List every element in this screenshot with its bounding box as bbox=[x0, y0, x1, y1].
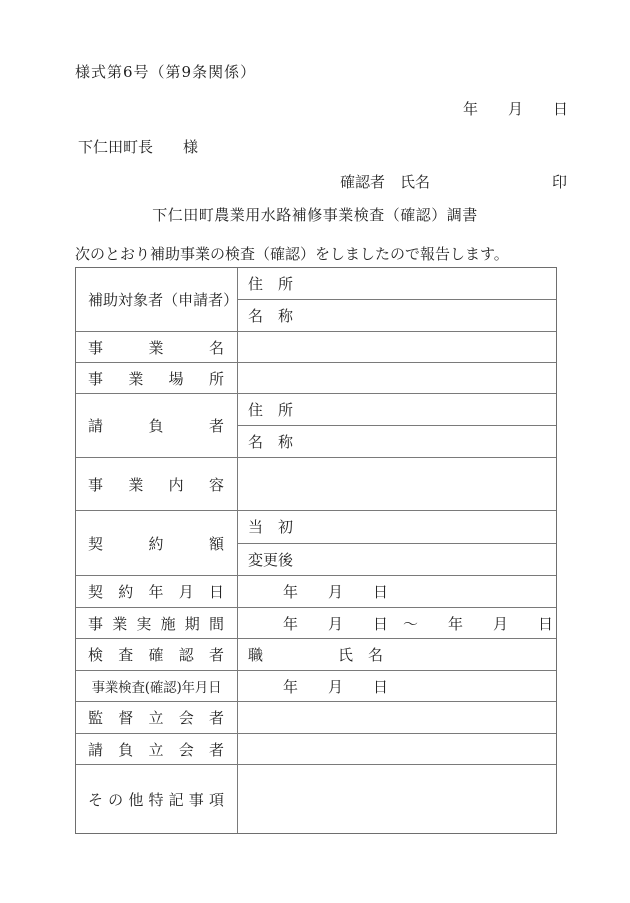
row-label-cell: 請負立会者 bbox=[76, 734, 238, 764]
value-area bbox=[238, 332, 556, 362]
value-period-blanks: 年 月 日 ～ 年 月 日 bbox=[238, 608, 556, 638]
row-contractor-witness: 請負立会者 bbox=[76, 734, 556, 765]
value-cell-empty bbox=[238, 734, 556, 764]
sub-label-name: 名 称 bbox=[238, 300, 556, 331]
row-label-cell: 事業実施期間 bbox=[76, 608, 238, 638]
value-date-blanks: 年 月 日 bbox=[238, 576, 556, 607]
row-subsidy-recipient: 補助対象者（申請者） 住 所 名 称 bbox=[76, 268, 556, 332]
value-area: 職 氏 名 bbox=[238, 639, 556, 670]
value-cell-empty bbox=[238, 765, 556, 833]
row-label: 事業場所 bbox=[88, 368, 224, 389]
value-area: 年 月 日 ～ 年 月 日 bbox=[238, 608, 556, 638]
row-label: 請負立会者 bbox=[88, 739, 224, 760]
row-label: 事業名 bbox=[88, 337, 224, 358]
row-label-cell: 請負者 bbox=[76, 394, 238, 457]
date-line: 年 月 日 bbox=[463, 101, 568, 118]
row-label: その他特記事項 bbox=[88, 789, 224, 810]
confirmer-name-line: 確認者 氏名 bbox=[340, 174, 430, 191]
value-area: 当 初 変更後 bbox=[238, 511, 556, 575]
row-label-cell: その他特記事項 bbox=[76, 765, 238, 833]
row-label-cell: 検査確認者 bbox=[76, 639, 238, 670]
value-area: 年 月 日 bbox=[238, 671, 556, 701]
sub-label-initial: 当 初 bbox=[238, 511, 556, 544]
value-area: 年 月 日 bbox=[238, 576, 556, 607]
row-label: 契約年月日 bbox=[88, 581, 224, 602]
value-cell-empty bbox=[238, 702, 556, 733]
row-label: 事業内容 bbox=[88, 474, 224, 495]
row-label-cell: 契約年月日 bbox=[76, 576, 238, 607]
row-inspection-date: 事業検査(確認)年月日 年 月 日 bbox=[76, 671, 556, 702]
row-label-cell: 監督立会者 bbox=[76, 702, 238, 733]
seal-mark: 印 bbox=[552, 174, 567, 191]
row-label: 監督立会者 bbox=[88, 707, 224, 728]
inspection-report-table: 補助対象者（申請者） 住 所 名 称 事業名 事業場所 bbox=[75, 267, 557, 834]
row-project-name: 事業名 bbox=[76, 332, 556, 363]
row-label-cell: 事業名 bbox=[76, 332, 238, 362]
value-area: 住 所 名 称 bbox=[238, 394, 556, 457]
row-label: 補助対象者（申請者） bbox=[88, 289, 238, 310]
value-area bbox=[238, 702, 556, 733]
sub-label-after-change: 変更後 bbox=[238, 544, 556, 576]
value-cell-empty bbox=[238, 458, 556, 510]
value-date-blanks: 年 月 日 bbox=[238, 671, 556, 701]
row-label: 請負者 bbox=[88, 415, 224, 436]
row-label: 検査確認者 bbox=[88, 644, 224, 665]
value-area: 住 所 名 称 bbox=[238, 268, 556, 331]
row-label: 事業検査(確認)年月日 bbox=[80, 676, 233, 696]
row-label: 契約額 bbox=[88, 533, 224, 554]
row-label-cell: 契約額 bbox=[76, 511, 238, 575]
addressee-line: 下仁田町長 様 bbox=[78, 139, 198, 156]
row-label-cell: 事業内容 bbox=[76, 458, 238, 510]
row-project-location: 事業場所 bbox=[76, 363, 556, 394]
value-cell-empty bbox=[238, 332, 556, 362]
value-title-name-blanks: 職 氏 名 bbox=[238, 639, 556, 670]
row-implementation-period: 事業実施期間 年 月 日 ～ 年 月 日 bbox=[76, 608, 556, 639]
row-inspector: 検査確認者 職 氏 名 bbox=[76, 639, 556, 671]
row-contractor: 請負者 住 所 名 称 bbox=[76, 394, 556, 458]
document-title: 下仁田町農業用水路補修事業検査（確認）調書 bbox=[0, 207, 630, 224]
row-label: 事業実施期間 bbox=[88, 613, 224, 634]
sub-label-address: 住 所 bbox=[238, 394, 556, 426]
row-label-cell: 補助対象者（申請者） bbox=[76, 268, 238, 331]
sub-label-name: 名 称 bbox=[238, 426, 556, 457]
value-area bbox=[238, 765, 556, 833]
value-area bbox=[238, 734, 556, 764]
row-label-cell: 事業検査(確認)年月日 bbox=[76, 671, 238, 701]
row-contract-amount: 契約額 当 初 変更後 bbox=[76, 511, 556, 576]
row-supervisor-witness: 監督立会者 bbox=[76, 702, 556, 734]
value-area bbox=[238, 363, 556, 393]
row-label-cell: 事業場所 bbox=[76, 363, 238, 393]
sub-label-address: 住 所 bbox=[238, 268, 556, 300]
row-project-description: 事業内容 bbox=[76, 458, 556, 511]
value-area bbox=[238, 458, 556, 510]
intro-sentence: 次のとおり補助事業の検査（確認）をしましたので報告します。 bbox=[75, 246, 509, 263]
form-number: 様式第6号（第9条関係） bbox=[75, 64, 256, 81]
row-other-notes: その他特記事項 bbox=[76, 765, 556, 833]
document-page: 様式第6号（第9条関係） 年 月 日 下仁田町長 様 確認者 氏名 印 下仁田町… bbox=[0, 0, 630, 903]
value-cell-empty bbox=[238, 363, 556, 393]
row-contract-date: 契約年月日 年 月 日 bbox=[76, 576, 556, 608]
